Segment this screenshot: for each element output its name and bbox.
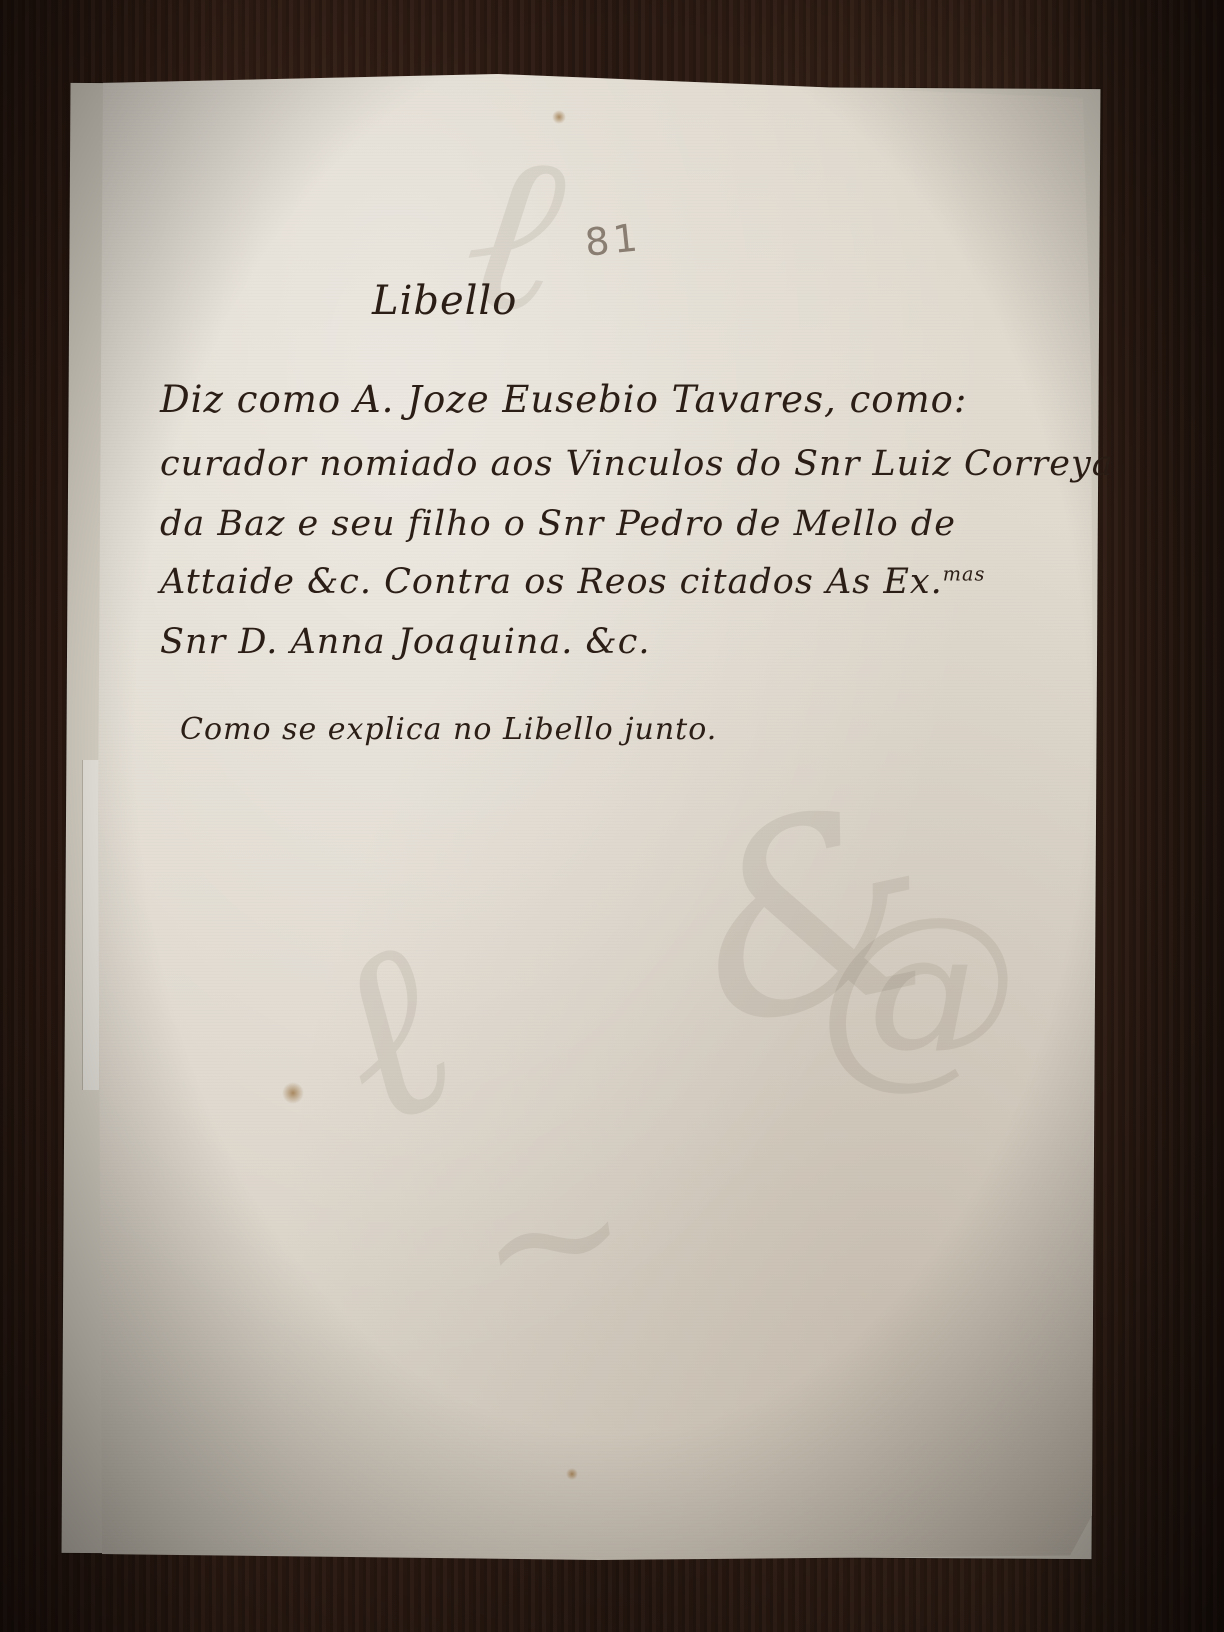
ink-bleed-through: ~ [464,1125,642,1353]
foxing-spot [552,110,566,124]
foxing-spot [282,1082,304,1104]
text-line-2: curador nomiado aos Vinculos do Snr Luiz… [160,444,1114,484]
text-line-3: da Baz e seu filho o Snr Pedro de Mello … [160,504,956,544]
ink-bleed-through: ℓ [451,99,578,366]
folio-number: 81 [583,215,644,265]
paper-fold-edge [82,760,99,1090]
ink-bleed-through: @ [818,874,1018,1107]
text-line-5: Snr D. Anna Joaquina. &c. [160,622,650,662]
manuscript-page: ℓ & ℓ @ ~ [98,74,1098,1560]
foxing-spot [566,1468,578,1480]
ink-bleed-through: & [669,743,958,1087]
text-line-1: Diz como A. Joze Eusebio Tavares, como: [160,378,967,421]
ink-bleed-through: ℓ [284,886,493,1182]
document-title: Libello [372,278,517,324]
text-line-4-body: Attaide &c. Contra os Reos citados As Ex… [160,562,943,602]
text-line-4-superscript: mas [943,562,986,585]
photo-background: { "document": { "folio_number": "81", "t… [0,0,1224,1632]
text-line-4: Attaide &c. Contra os Reos citados As Ex… [160,562,985,602]
closing-line: Como se explica no Libello junto. [180,712,717,747]
